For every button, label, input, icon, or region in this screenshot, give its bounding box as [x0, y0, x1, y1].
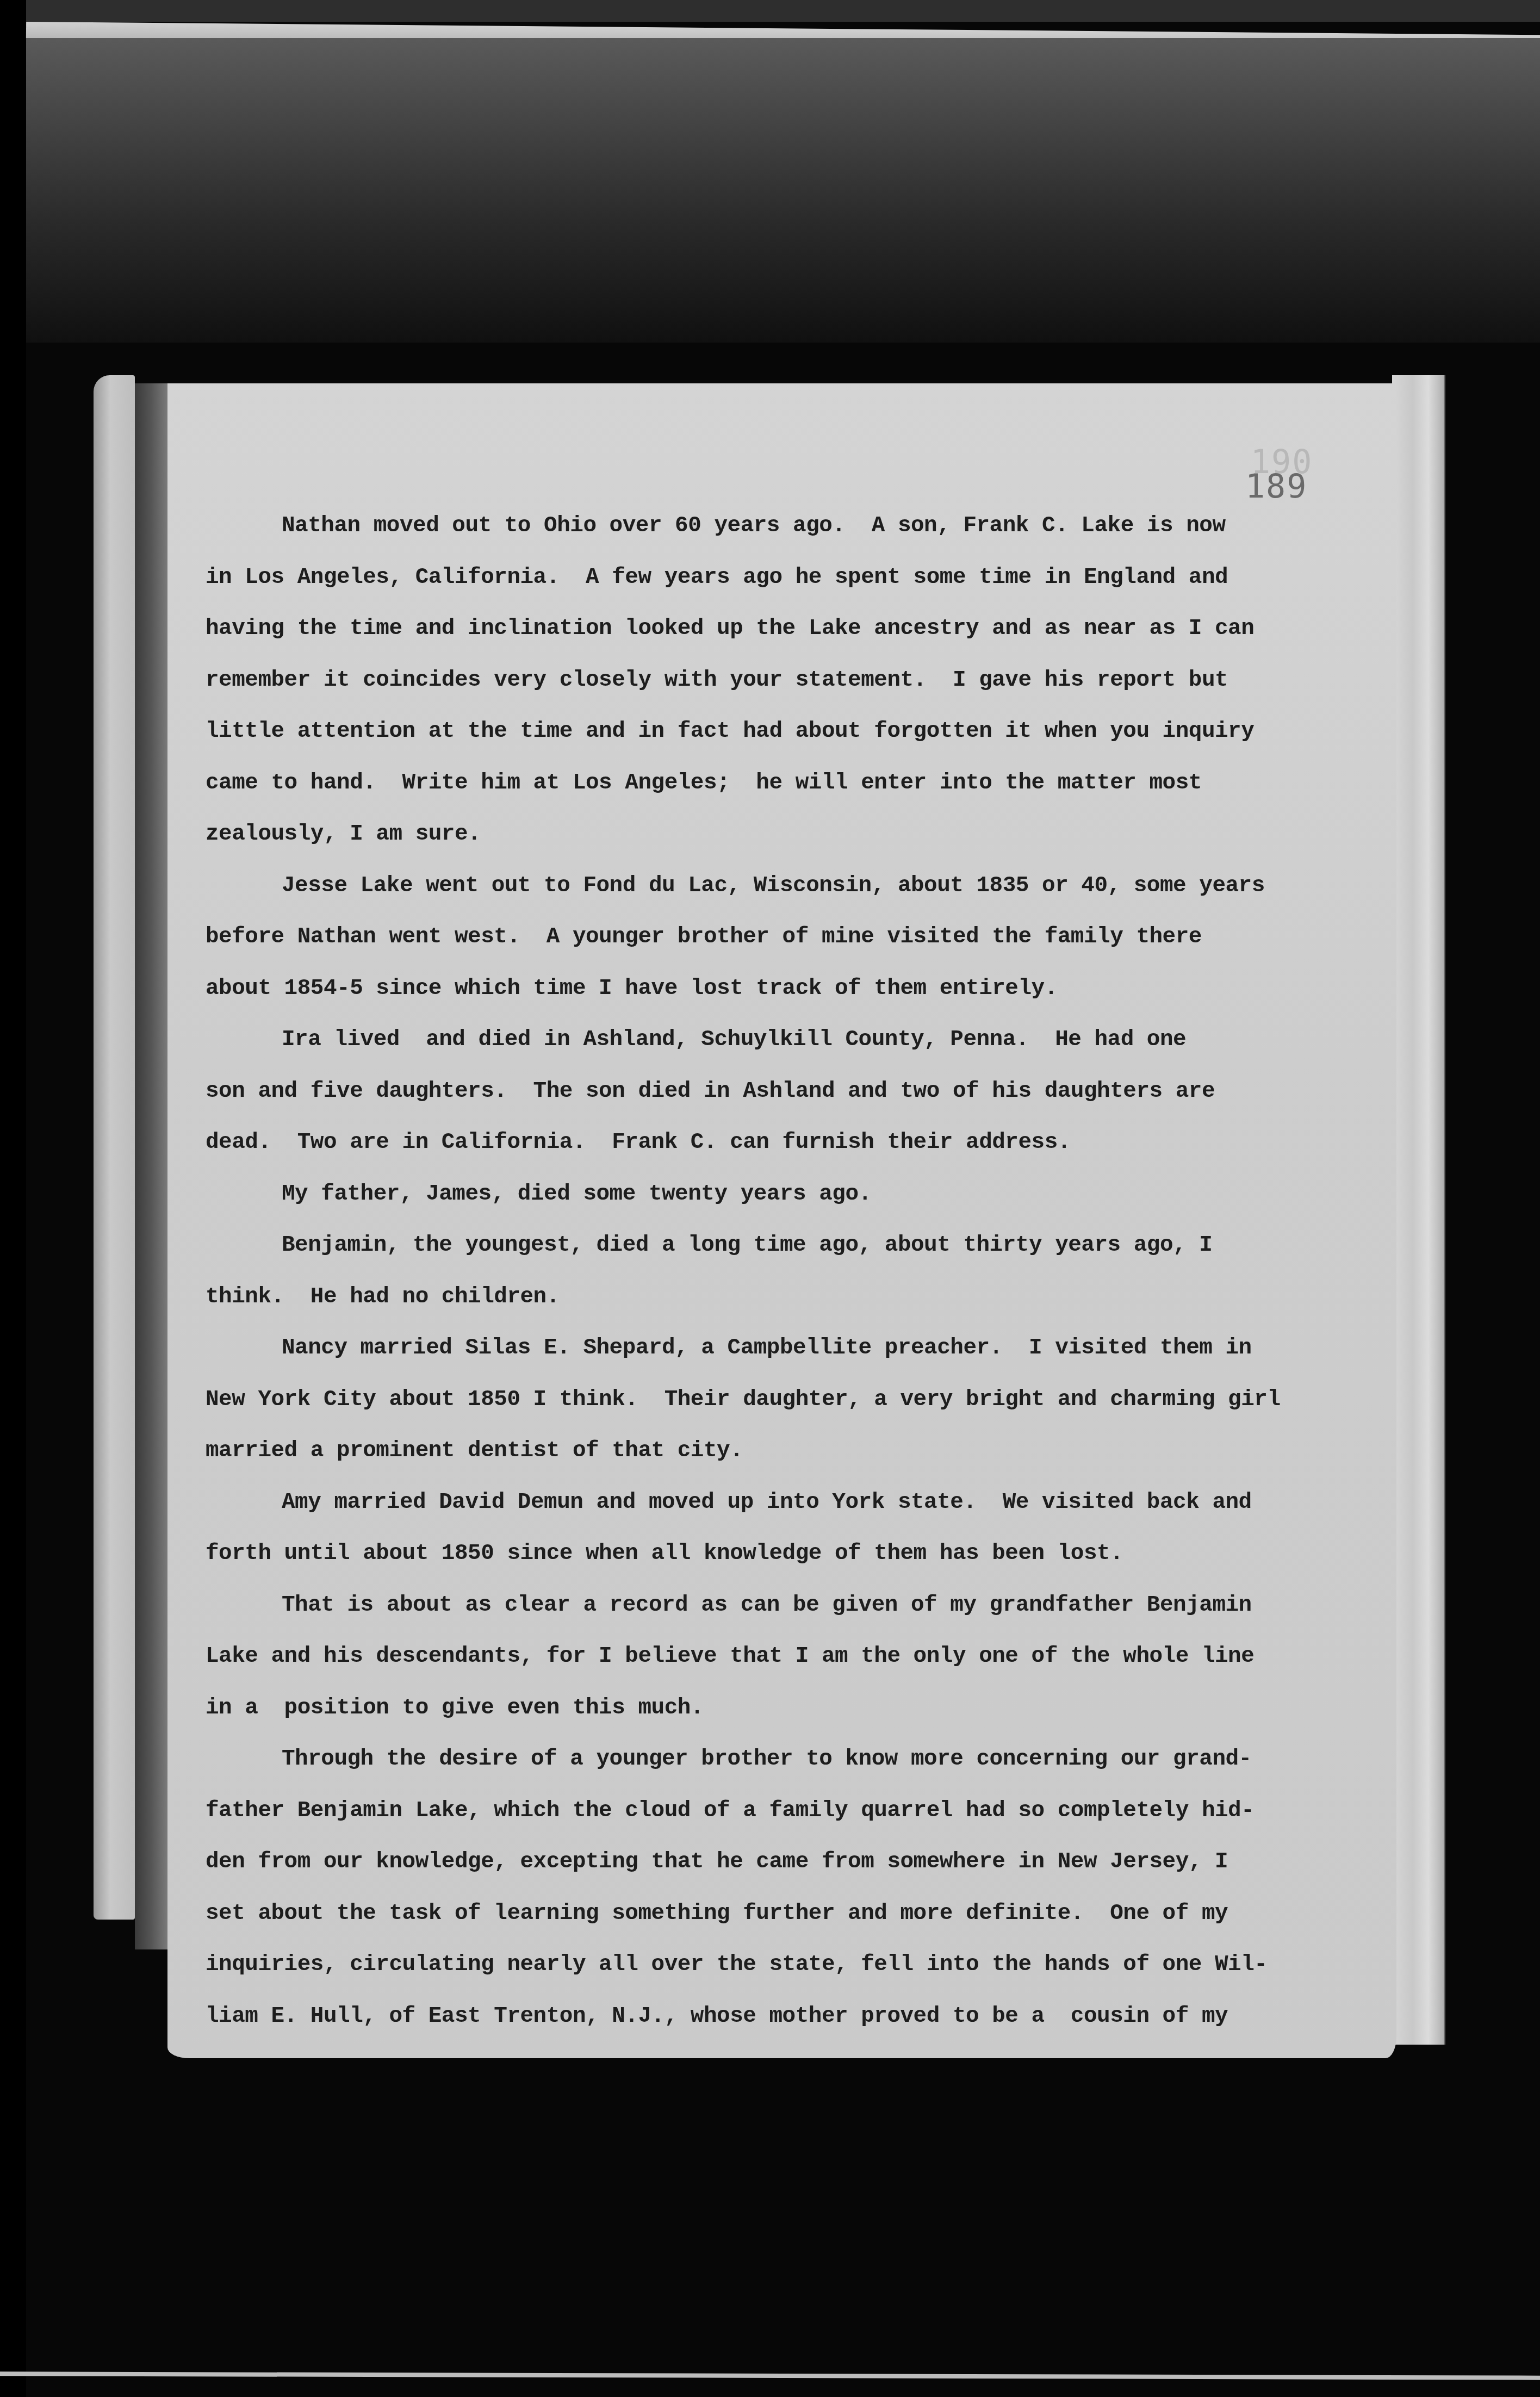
text-line: zealously, I am sure.: [206, 809, 1293, 860]
text-line: remember it coincides very closely with …: [206, 655, 1293, 706]
text-line: set about the task of learning something…: [206, 1888, 1293, 1940]
text-line: son and five daughters. The son died in …: [206, 1066, 1293, 1117]
text-line: Nathan moved out to Ohio over 60 years a…: [206, 500, 1293, 552]
text-line: That is about as clear a record as can b…: [206, 1580, 1293, 1631]
film-background: [26, 38, 1540, 343]
text-line: My father, James, died some twenty years…: [206, 1169, 1293, 1220]
film-bottom-edge: [0, 2371, 1540, 2380]
text-line: in Los Angeles, California. A few years …: [206, 552, 1293, 604]
text-line: liam E. Hull, of East Trenton, N.J., who…: [206, 1991, 1293, 2042]
text-line: New York City about 1850 I think. Their …: [206, 1374, 1293, 1426]
text-line: about 1854-5 since which time I have los…: [206, 963, 1293, 1015]
text-line: in a position to give even this much.: [206, 1682, 1293, 1734]
text-line: think. He had no children.: [206, 1271, 1293, 1323]
film-top-margin: [26, 0, 1540, 22]
text-line: dead. Two are in California. Frank C. ca…: [206, 1117, 1293, 1169]
text-line: Through the desire of a younger brother …: [206, 1734, 1293, 1785]
text-line: Benjamin, the youngest, died a long time…: [206, 1220, 1293, 1271]
text-line: married a prominent dentist of that city…: [206, 1425, 1293, 1477]
text-line: Ira lived and died in Ashland, Schuylkil…: [206, 1014, 1293, 1066]
text-line: before Nathan went west. A younger broth…: [206, 911, 1293, 963]
microfilm-scan: 190 189 Nathan moved out to Ohio over 60…: [0, 0, 1540, 2397]
text-line: came to hand. Write him at Los Angeles; …: [206, 757, 1293, 809]
typewritten-body: Nathan moved out to Ohio over 60 years a…: [206, 500, 1293, 2042]
text-line: having the time and inclination looked u…: [206, 603, 1293, 655]
text-line: Lake and his descendants, for I believe …: [206, 1631, 1293, 1682]
text-line: Jesse Lake went out to Fond du Lac, Wisc…: [206, 860, 1293, 912]
text-line: forth until about 1850 since when all kn…: [206, 1528, 1293, 1580]
text-line: Amy married David Demun and moved up int…: [206, 1477, 1293, 1529]
text-line: Nancy married Silas E. Shepard, a Campbe…: [206, 1322, 1293, 1374]
text-line: father Benjamin Lake, which the cloud of…: [206, 1785, 1293, 1837]
left-facing-page-edge: [94, 375, 135, 1920]
page-stack-edge: [1392, 375, 1445, 2045]
film-edge: [0, 0, 26, 2397]
text-line: den from our knowledge, excepting that h…: [206, 1836, 1293, 1888]
text-line: inquiries, circulating nearly all over t…: [206, 1939, 1293, 1991]
book-gutter: [135, 383, 167, 1949]
text-line: little attention at the time and in fact…: [206, 706, 1293, 757]
